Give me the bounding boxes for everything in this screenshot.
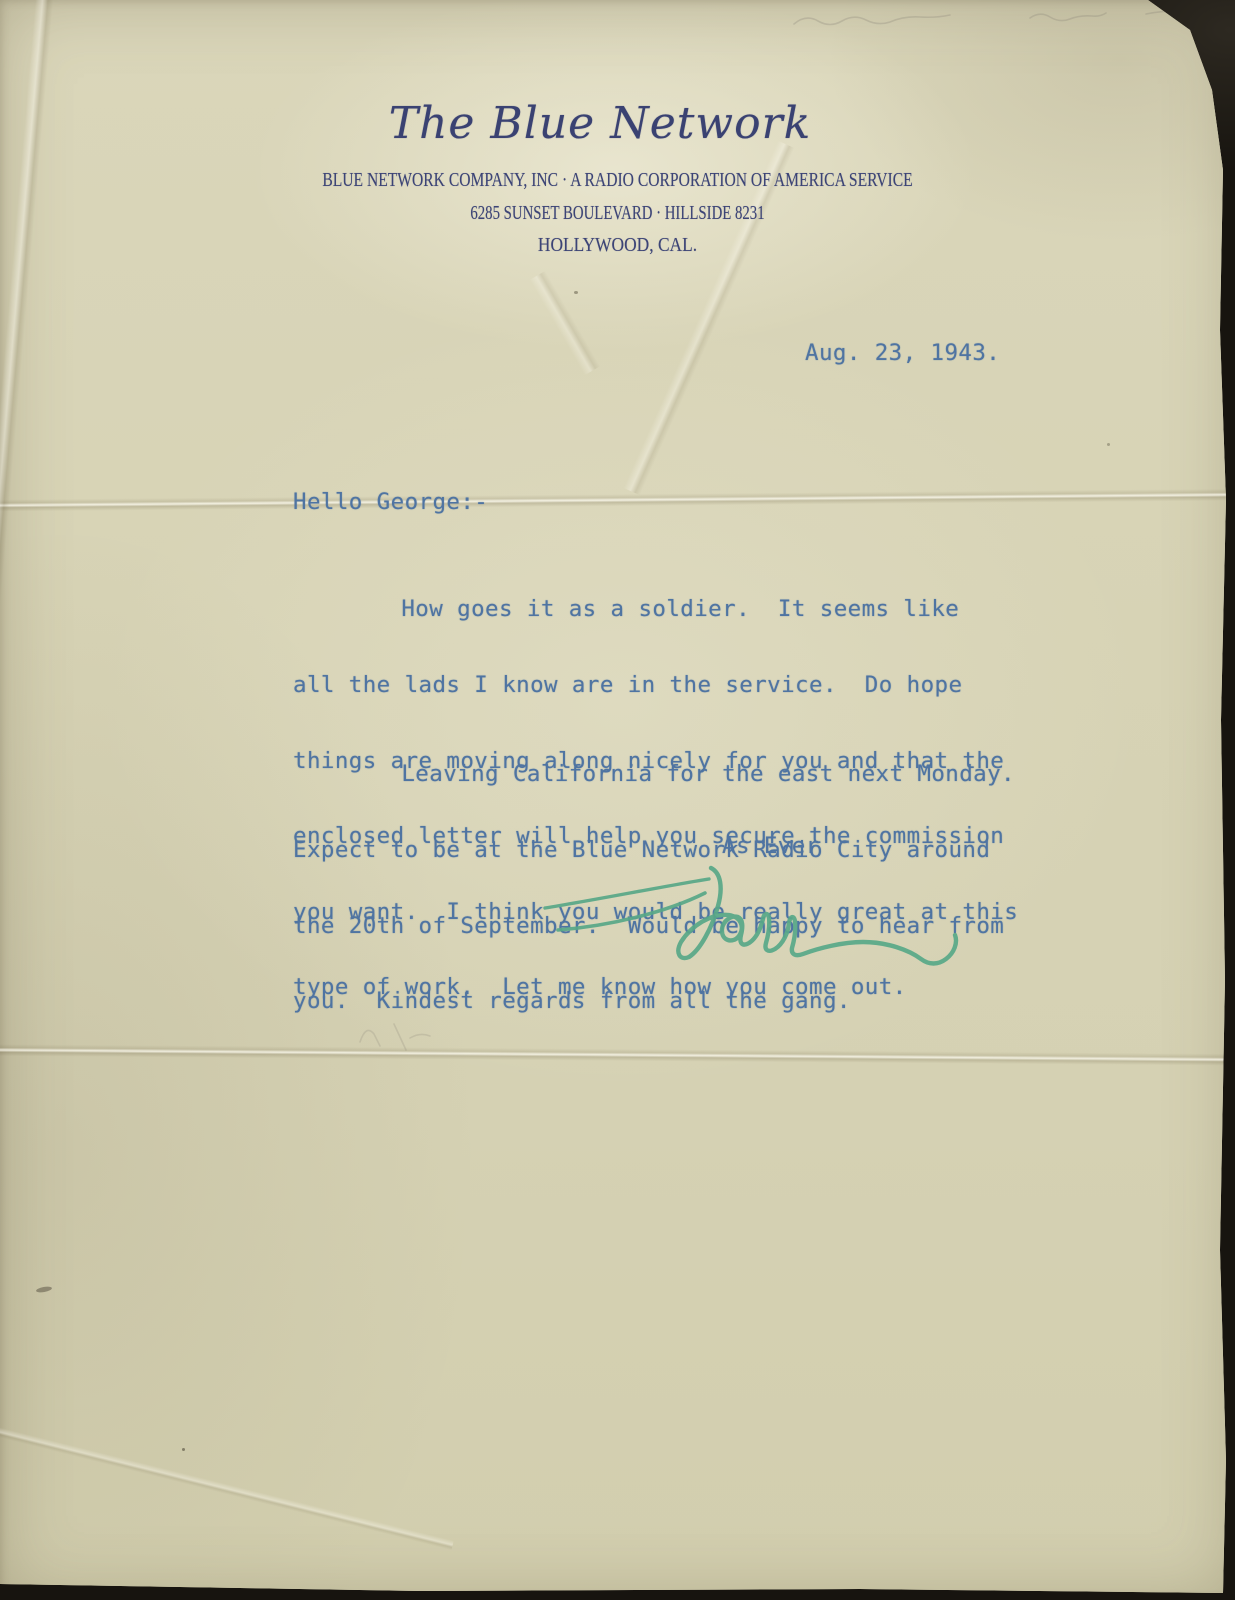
scan-background: The Blue Network BLUE NETWORK COMPANY, I… [0, 0, 1235, 1600]
paper-speck [574, 291, 578, 294]
letterhead-company-line: BLUE NETWORK COMPANY, INC · A RADIO CORP… [136, 168, 1099, 192]
fold-crease-top [0, 488, 1235, 511]
date-line: Aug. 23, 1943. [805, 341, 1000, 366]
typed-line: all the lads I know are in the service. … [293, 673, 1018, 698]
crease-diagonal-upper [623, 141, 794, 495]
letterhead-title: The Blue Network [0, 92, 1200, 156]
letter-paper: The Blue Network BLUE NETWORK COMPANY, I… [0, 0, 1235, 1600]
closing: As Ever [722, 834, 820, 859]
letterhead-address-line: 6285 SUNSET BOULEVARD · HILLSIDE 8231 [161, 201, 1075, 225]
pencil-annotation [780, 2, 1230, 44]
signature [525, 858, 965, 980]
smudge-mark [36, 1286, 53, 1294]
letterhead-city-line: HOLLYWOOD, CAL. [80, 233, 1154, 257]
paper-speck [1107, 443, 1110, 446]
paper-speck [182, 1448, 185, 1451]
salutation: Hello George:- [293, 490, 488, 515]
crease-diagonal-small [530, 271, 601, 375]
typed-line: Leaving California for the east next Mon… [293, 762, 1015, 787]
crease-bottom-left [0, 1420, 454, 1551]
pencil-annotation [290, 1008, 450, 1058]
typed-line: How goes it as a soldier. It seems like [293, 597, 1018, 622]
